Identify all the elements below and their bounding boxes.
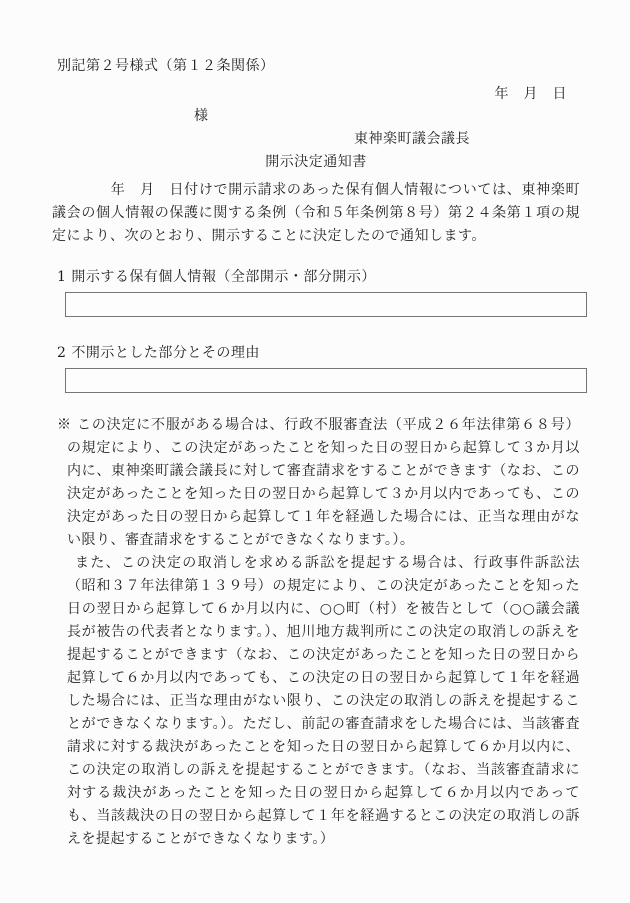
section-2-fill-box[interactable]	[65, 368, 587, 393]
appeal-note-paragraph-1: ※ この決定に不服がある場合は、行政不服審査法（平成２６年法律第６８号）の規定に…	[52, 414, 580, 552]
appeal-note-paragraph-2: また、この決定の取消しを求める訴訟を提起する場合は、行政事件訴訟法（昭和３７年法…	[52, 552, 580, 851]
section-1-fill-box[interactable]	[65, 292, 587, 317]
section-disclosed-info: 1 開示する保有個人情報（全部開示・部分開示）	[52, 267, 580, 317]
form-number: 別記第２号様式（第１２条関係）	[52, 56, 580, 76]
document-page: 別記第２号様式（第１２条関係） 年 月 日 様 東神楽町議会議長 開示決定通知書…	[0, 0, 630, 903]
addressee-suffix: 様	[52, 106, 580, 126]
section-1-label: 1 開示する保有個人情報（全部開示・部分開示）	[52, 267, 580, 288]
date-field: 年 月 日	[52, 84, 580, 104]
section-2-label: 2 不開示とした部分とその理由	[52, 343, 580, 364]
document-title: 開示決定通知書	[52, 152, 580, 173]
appeal-note: ※ この決定に不服がある場合は、行政不服審査法（平成２６年法律第６８号）の規定に…	[52, 414, 580, 851]
section-nondisclosed-reason: 2 不開示とした部分とその理由	[52, 343, 580, 393]
sender-name: 東神楽町議会議長	[52, 129, 580, 149]
body-paragraph: 年 月 日付けで開示請求のあった保有個人情報については、東神楽町議会の個人情報の…	[52, 179, 580, 248]
